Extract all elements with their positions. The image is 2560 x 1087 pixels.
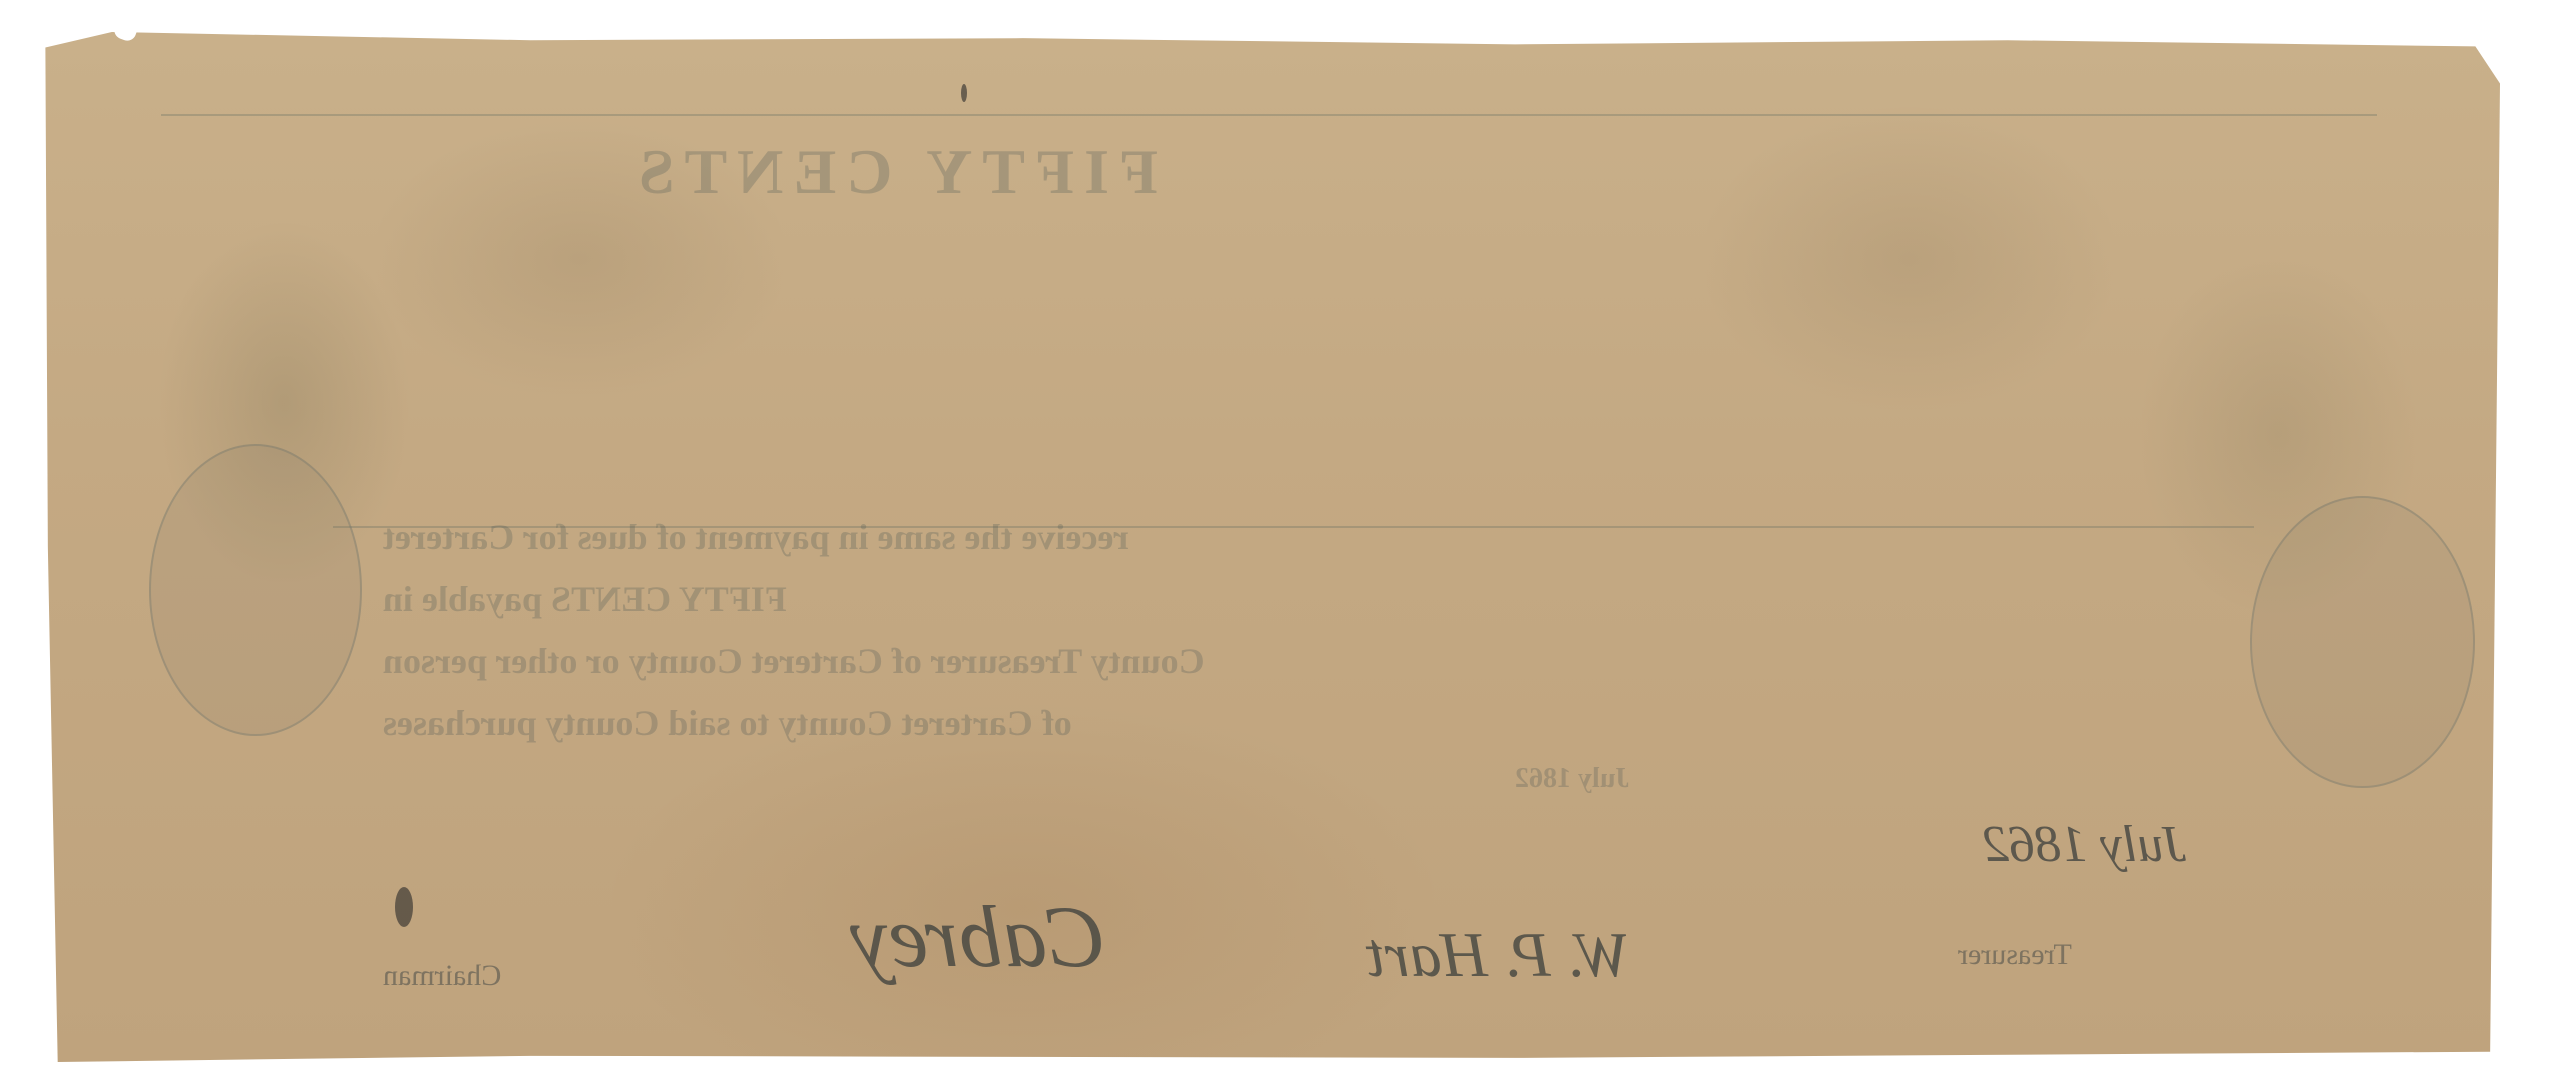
vignette-oval-left bbox=[149, 444, 362, 736]
signature-center: W. P. Hart bbox=[1367, 918, 1630, 992]
printed-label-treasurer: Treasurer bbox=[1958, 938, 2072, 972]
signature-date: July 1862 bbox=[1983, 815, 2187, 874]
bleed-through-line: of Carteret County to said County purcha… bbox=[383, 702, 1072, 744]
banknote-reverse: FIFTY CENTS receive the same in payment … bbox=[38, 32, 2500, 1062]
printed-label-chairman: Chairman bbox=[383, 959, 501, 993]
vignette-oval-right bbox=[2250, 496, 2476, 788]
bleed-through-date: July 1862 bbox=[1515, 763, 1629, 795]
bleed-through-line: receive the same in payment of dues for … bbox=[383, 516, 1129, 558]
ink-speck bbox=[961, 84, 967, 102]
signature-left: Cabrey bbox=[850, 887, 1106, 988]
bleed-through-line: County Treasurer of Carteret County or o… bbox=[383, 640, 1205, 682]
border-rule-top bbox=[161, 114, 2377, 116]
ink-stain bbox=[395, 887, 413, 927]
bleed-through-title: FIFTY CENTS bbox=[629, 135, 1158, 209]
bleed-through-line: FIFTY CENTS payable in bbox=[383, 578, 787, 620]
